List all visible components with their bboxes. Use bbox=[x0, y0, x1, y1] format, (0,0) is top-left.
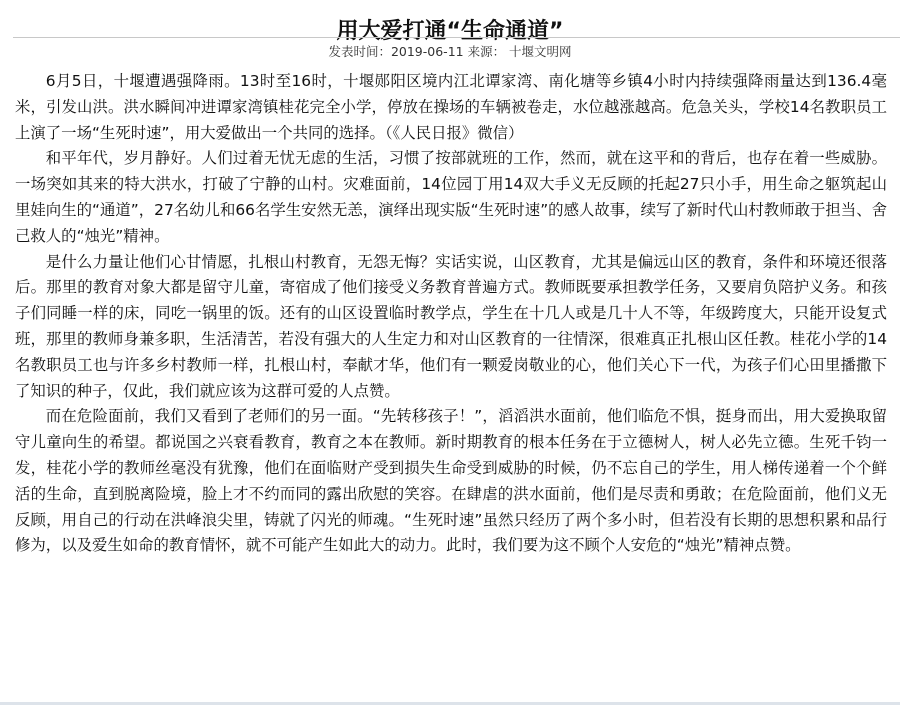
article-body: 6月5日，十堰遭遇强降雨。13时至16时，十堰郧阳区境内江北谭家湾、南化塘等乡镇… bbox=[15, 69, 887, 559]
article-paragraph: 6月5日，十堰遭遇强降雨。13时至16时，十堰郧阳区境内江北谭家湾、南化塘等乡镇… bbox=[15, 69, 887, 146]
title-divider bbox=[13, 37, 900, 38]
article-paragraph: 是什么力量让他们心甘情愿，扎根山村教育，无怨无悔？实话实说，山区教育，尤其是偏远… bbox=[15, 250, 887, 405]
article-paragraph: 而在危险面前，我们又看到了老师们的另一面。“先转移孩子！”，滔滔洪水面前，他们临… bbox=[15, 404, 887, 559]
article-paragraph: 和平年代，岁月静好。人们过着无忧无虑的生活，习惯了按部就班的工作，然而，就在这平… bbox=[15, 146, 887, 249]
article-meta: 发表时间：2019-06-11 来源： 十堰文明网 bbox=[0, 43, 900, 61]
